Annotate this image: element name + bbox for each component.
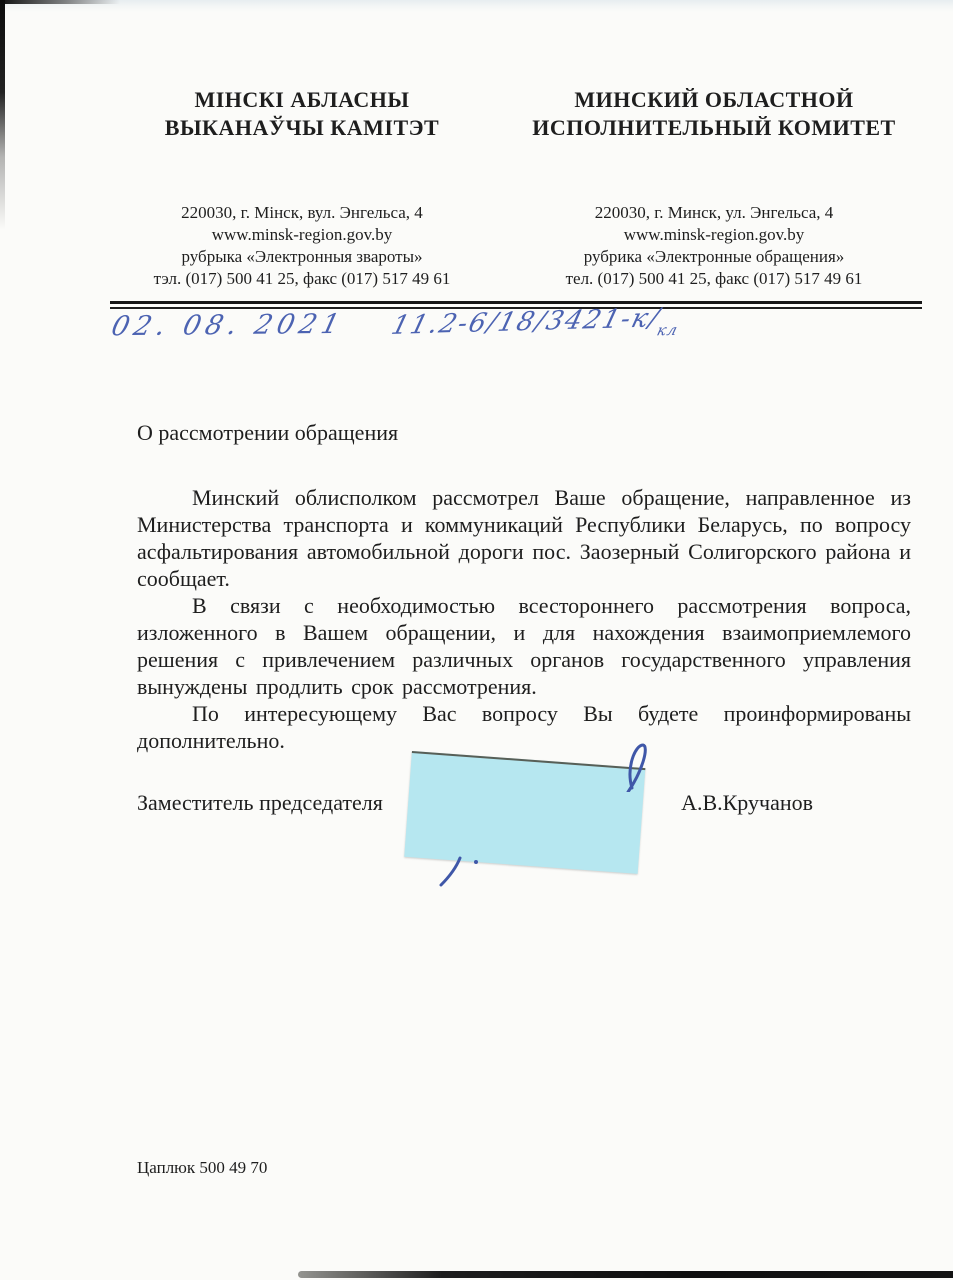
- org-title-belarusian: МІНСКІ АБЛАСНЫ ВЫКАНАЎЧЫ КАМІТЭТ: [137, 86, 467, 142]
- handwritten-date: 02. 08. 2021: [108, 309, 347, 343]
- phone-line: тел. (017) 500 41 25, факс (017) 517 49 …: [515, 268, 913, 290]
- handwritten-number: 11.2-6/18/3421-к/кл: [386, 303, 684, 347]
- pen-stroke-top-icon: [624, 740, 664, 792]
- org-title-russian: МИНСКИЙ ОБЛАСТНОЙ ИСПОЛНИТЕЛЬНЫЙ КОМИТЕТ: [515, 86, 913, 142]
- signer-position-title: Заместитель председателя: [137, 789, 383, 816]
- phone-line: тэл. (017) 500 41 25, факс (017) 517 49 …: [137, 268, 467, 290]
- org-title-line2: ИСПОЛНИТЕЛЬНЫЙ КОМИТЕТ: [515, 114, 913, 142]
- signer-name: А.В.Кручанов: [681, 789, 813, 816]
- handwritten-registration: 02. 08. 2021 11.2-6/18/3421-к/кл: [112, 305, 732, 347]
- address-line: 220030, г. Минск, ул. Энгельса, 4: [515, 202, 913, 224]
- website-line: www.minsk-region.gov.by: [515, 224, 913, 246]
- paragraph-2: В связи с необходимостью всестороннего р…: [137, 592, 911, 700]
- org-title-line2: ВЫКАНАЎЧЫ КАМІТЭТ: [137, 114, 467, 142]
- scan-top-edge-shadow: [0, 0, 953, 12]
- letterhead-russian: МИНСКИЙ ОБЛАСТНОЙ ИСПОЛНИТЕЛЬНЫЙ КОМИТЕТ…: [515, 86, 913, 290]
- org-title-line1: МІНСКІ АБЛАСНЫ: [137, 86, 467, 114]
- rubric-line: рубрика «Электронные обращения»: [515, 246, 913, 268]
- scanned-letter-page: МІНСКІ АБЛАСНЫ ВЫКАНАЎЧЫ КАМІТЭТ 220030,…: [0, 0, 953, 1280]
- address-line: 220030, г. Мінск, вул. Энгельса, 4: [137, 202, 467, 224]
- letterhead: МІНСКІ АБЛАСНЫ ВЫКАНАЎЧЫ КАМІТЭТ 220030,…: [137, 86, 913, 290]
- paragraph-3: По интересующему Вас вопросу Вы будете п…: [137, 700, 911, 754]
- subject-line: О рассмотрении обращения: [137, 419, 911, 446]
- scan-top-left-mark: [0, 0, 120, 4]
- pen-stroke-bottom-icon: [438, 852, 486, 890]
- letterhead-belarusian: МІНСКІ АБЛАСНЫ ВЫКАНАЎЧЫ КАМІТЭТ 220030,…: [137, 86, 467, 290]
- paragraph-1: Минский облисполком рассмотрел Ваше обра…: [137, 484, 911, 592]
- org-title-line1: МИНСКИЙ ОБЛАСТНОЙ: [515, 86, 913, 114]
- scan-bottom-edge-mark: [298, 1271, 953, 1278]
- rubric-line: рубрыка «Электронныя звароты»: [137, 246, 467, 268]
- executor-contact: Цаплюк 500 49 70: [137, 1157, 267, 1179]
- website-line: www.minsk-region.gov.by: [137, 224, 467, 246]
- scan-left-edge-mark: [0, 0, 5, 230]
- org-address-russian: 220030, г. Минск, ул. Энгельса, 4 www.mi…: [515, 202, 913, 290]
- org-address-belarusian: 220030, г. Мінск, вул. Энгельса, 4 www.m…: [137, 202, 467, 290]
- letter-body: Минский облисполком рассмотрел Ваше обра…: [137, 484, 911, 754]
- handwritten-number-main: 11.2-6/18/3421-к/: [388, 303, 664, 341]
- handwritten-number-suffix: кл: [655, 321, 680, 340]
